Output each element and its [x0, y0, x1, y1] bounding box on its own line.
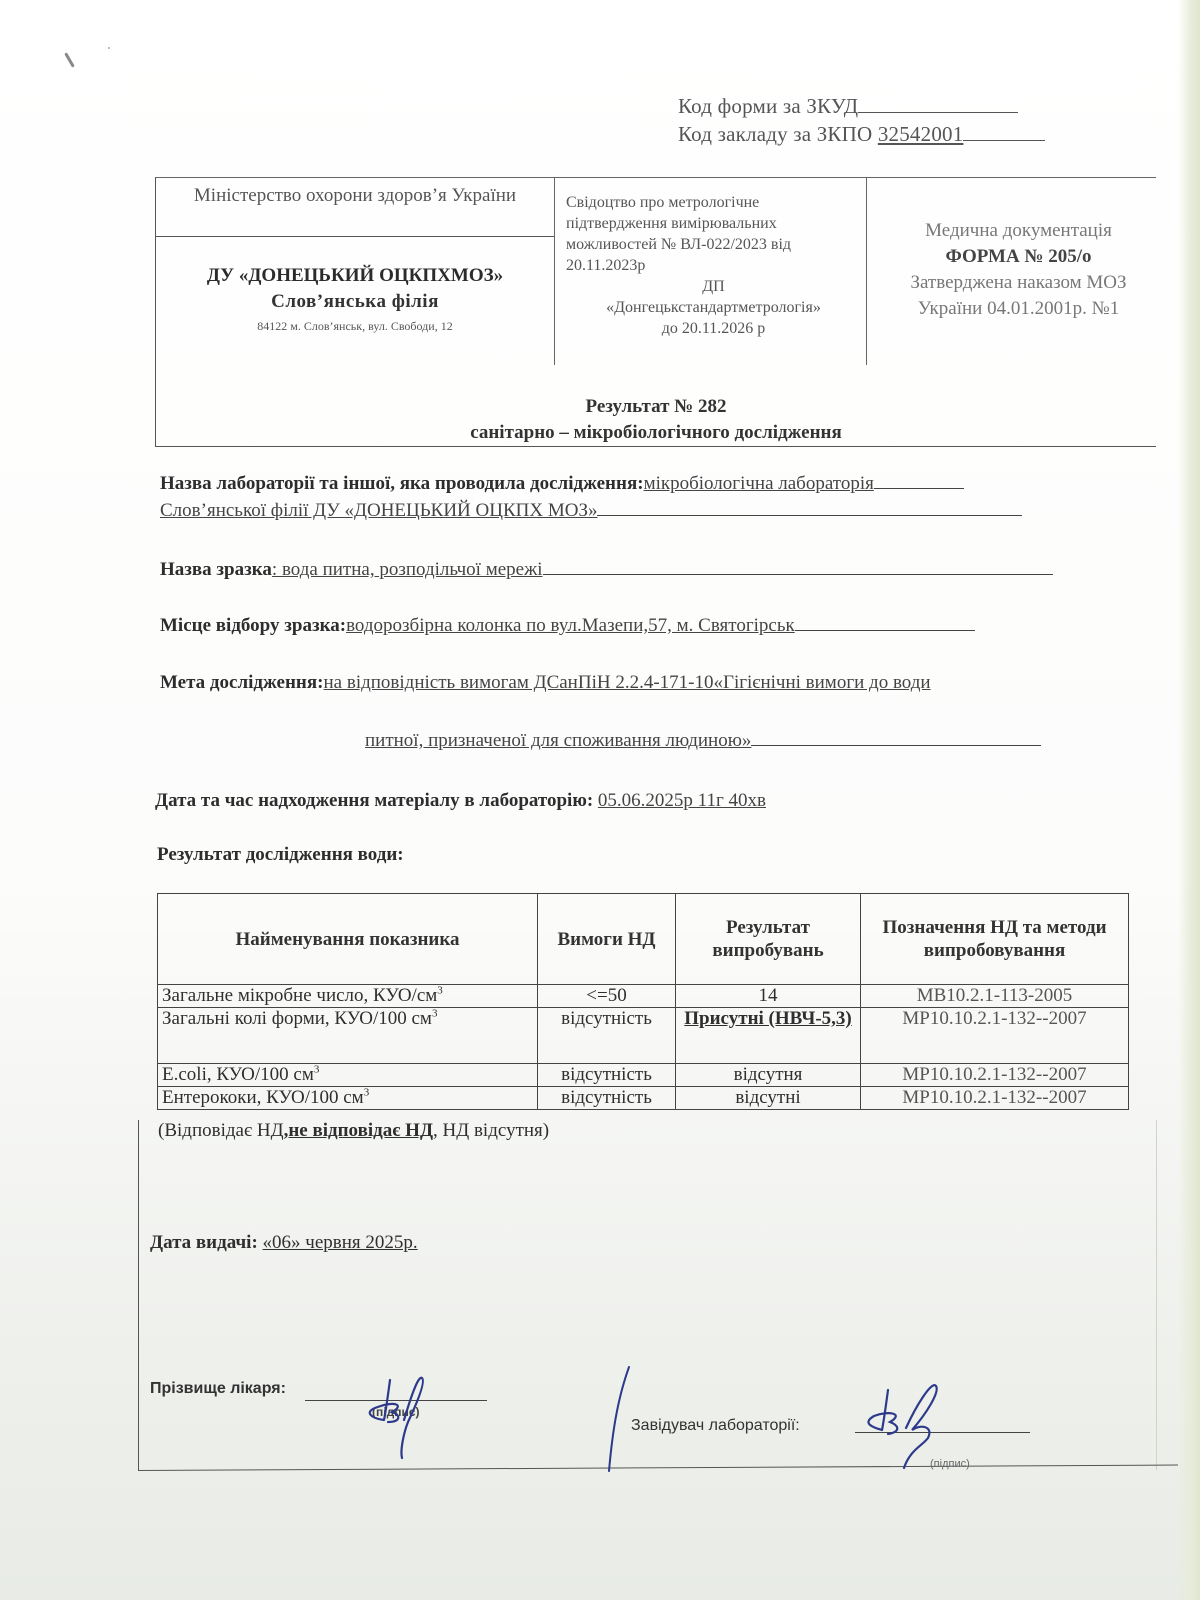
table-row: Ентерококи, КУО/100 см3 відсутність відс… — [158, 1087, 1129, 1110]
arrival-value: 05.06.2025р 11г 40хв — [598, 790, 766, 811]
issue-date-value: «06» червня 2025р. — [263, 1232, 418, 1253]
compliance-open: (Відповідає НД — [158, 1120, 284, 1141]
purpose-field: Мета дослідження:на відповідність вимога… — [160, 670, 1160, 696]
zkpo-value: 32542001 — [878, 122, 964, 146]
table-row: Загальне мікробне число, КУО/см3 <=50 14… — [158, 985, 1129, 1008]
branch-name: Слов’янська філія — [156, 290, 554, 314]
zkud-label: Код форми за ЗКУД — [678, 94, 858, 118]
head-of-lab-signature-icon — [860, 1380, 960, 1470]
col-header-result: Результат випробувань — [676, 894, 861, 985]
indicator-text: Загальні колі форми, КУО/100 см — [162, 1008, 432, 1029]
header-organization-cell: Міністерство охорони здоров’я України ДУ… — [156, 178, 555, 365]
organization-name: ДУ «ДОНЕЦЬКИЙ ОЦКПХМОЗ» — [156, 264, 554, 288]
certificate-valid-until: до 20.11.2026 р — [566, 318, 861, 339]
frame-right-line — [1156, 1120, 1157, 1470]
purpose-value-1: на відповідність вимогам ДСанПіН 2.2.4-1… — [324, 672, 931, 693]
ministry-name: Міністерство охорони здоров’я України — [156, 183, 554, 208]
col-header-indicator: Найменування показника — [158, 894, 538, 985]
form-meta: Медична документація ФОРМА № 205/о Затве… — [866, 218, 1171, 322]
doctor-signature-label: Прізвище лікаря: — [150, 1380, 286, 1398]
fill-line — [751, 727, 1041, 746]
laboratory-field: Назва лабораторії та іншої, яка проводил… — [160, 470, 1160, 524]
result-subtitle: санітарно – мікробіологічного дослідженн… — [156, 422, 1156, 444]
fill-line — [597, 497, 1022, 516]
indicator-name: Ентерококи, КУО/100 см3 — [158, 1087, 538, 1110]
col-header-requirement: Вимоги НД — [538, 894, 676, 985]
results-table: Найменування показника Вимоги НД Результ… — [157, 893, 1129, 1110]
organization-address: 84122 м. Слов’янськ, вул. Свободи, 12 — [156, 318, 554, 334]
head-of-lab-signature-label: Завідувач лабораторії: — [631, 1417, 800, 1435]
certificate-issuer-name: «Донгецькстандартметрологія» — [566, 297, 861, 318]
compliance-statement: (Відповідає НД,не відповідає НД, НД відс… — [158, 1120, 549, 1142]
sample-label: Назва зразка — [160, 559, 272, 580]
fill-line — [795, 612, 975, 631]
arrival-field: Дата та час надходження матеріалу в лабо… — [155, 788, 1155, 814]
approved-order: України 04.01.2001р. №1 — [866, 296, 1171, 322]
purpose-field-continued: питної, призначеної для споживання людин… — [365, 727, 1165, 754]
zkpo-blank — [963, 120, 1045, 141]
indicator-name: Загальне мікробне число, КУО/см3 — [158, 985, 538, 1008]
zkpo-line: Код закладу за ЗКПО 32542001 — [678, 120, 1045, 148]
sampling-place-value: водорозбірна колонка по вул.Мазепи,57, м… — [346, 615, 795, 636]
approved-by: Затверджена наказом МОЗ — [866, 270, 1171, 296]
results-heading: Результат дослідження води: — [157, 842, 1157, 868]
result-value: відсутні — [676, 1087, 861, 1110]
laboratory-value-2: Слов’янської філії ДУ «ДОНЕЦЬКИЙ ОЦКПХ М… — [160, 500, 597, 521]
scan-dot — [108, 47, 110, 49]
form-number: ФОРМА № 205/о — [866, 244, 1171, 270]
result-title-block: Результат № 282 санітарно – мікробіологі… — [155, 364, 1156, 447]
method-value: МР10.10.2.1-132--2007 — [861, 1064, 1129, 1087]
requirement-value: відсутність — [538, 1008, 676, 1064]
result-value-flagged: Присутні (НВЧ-5,3) — [676, 1008, 861, 1064]
col-header-method: Позначення НД та методи випробовування — [861, 894, 1129, 985]
compliance-selected: ,не відповідає НД — [284, 1120, 433, 1141]
result-value: 14 — [676, 985, 861, 1008]
issue-date: Дата видачі: «06» червня 2025р. — [150, 1232, 418, 1254]
unit-superscript: 3 — [437, 985, 443, 997]
unit-superscript: 3 — [364, 1087, 370, 1099]
purpose-label: Мета дослідження: — [160, 672, 324, 693]
requirement-value: відсутність — [538, 1064, 676, 1087]
sampling-place-field: Місце відбору зразка:водорозбірна колонк… — [160, 612, 1160, 639]
indicator-name: Загальні колі форми, КУО/100 см3 — [158, 1008, 538, 1064]
results-heading-text: Результат дослідження води: — [157, 844, 404, 865]
indicator-text: Загальне мікробне число, КУО/см — [162, 985, 437, 1006]
compliance-close: , НД відсутня) — [433, 1120, 549, 1141]
indicator-text: E.coli, КУО/100 см — [162, 1064, 314, 1085]
indicator-text: Ентерококи, КУО/100 см — [162, 1087, 364, 1108]
frame-left-line — [138, 1120, 139, 1470]
indicator-name: E.coli, КУО/100 см3 — [158, 1064, 538, 1087]
doctor-signature-icon — [360, 1370, 440, 1460]
form-codes: Код форми за ЗКУД Код закладу за ЗКПО 32… — [678, 92, 1045, 148]
method-value: МР10.10.2.1-132--2007 — [861, 1087, 1129, 1110]
header-certificate-cell: Свідоцтво про метрологічне підтвердження… — [554, 178, 867, 365]
certificate-description: Свідоцтво про метрологічне підтвердження… — [566, 194, 791, 274]
sample-name-field: Назва зразка: вода питна, розподільчої м… — [160, 556, 1160, 583]
paper-edge-shadow — [1178, 0, 1200, 1600]
sampling-place-label: Місце відбору зразка: — [160, 615, 346, 636]
document-header: Міністерство охорони здоров’я України ДУ… — [155, 177, 1156, 365]
zkpo-label: Код закладу за ЗКПО — [678, 122, 872, 146]
header-form-cell: Медична документація ФОРМА № 205/о Затве… — [866, 178, 1166, 365]
result-value: відсутня — [676, 1064, 861, 1087]
fill-line — [874, 470, 964, 489]
method-value: МР10.10.2.1-132--2007 — [861, 1008, 1129, 1064]
laboratory-value-1: мікробіологічна лабораторія — [644, 473, 874, 494]
fill-line — [543, 556, 1053, 575]
purpose-value-2: питної, призначеної для споживання людин… — [365, 730, 751, 751]
requirement-value: відсутність — [538, 1087, 676, 1110]
zkud-blank — [858, 92, 1018, 113]
zkud-line: Код форми за ЗКУД — [678, 92, 1045, 120]
unit-superscript: 3 — [432, 1008, 438, 1020]
arrival-label: Дата та час надходження матеріалу в лабо… — [155, 790, 598, 811]
laboratory-label: Назва лабораторії та іншої, яка проводил… — [160, 473, 644, 494]
certificate-issuer-type: ДП — [566, 276, 861, 297]
table-row: E.coli, КУО/100 см3 відсутність відсутня… — [158, 1064, 1129, 1087]
header-divider — [156, 236, 554, 237]
result-number-title: Результат № 282 — [156, 396, 1156, 418]
medical-documentation-label: Медична документація — [866, 218, 1171, 244]
sample-value: : вода питна, розподільчої мережі — [272, 559, 543, 580]
unit-superscript: 3 — [314, 1064, 320, 1076]
method-value: МВ10.2.1-113-2005 — [861, 985, 1129, 1008]
table-header-row: Найменування показника Вимоги НД Результ… — [158, 894, 1129, 985]
table-row: Загальні колі форми, КУО/100 см3 відсутн… — [158, 1008, 1129, 1064]
requirement-value: <=50 — [538, 985, 676, 1008]
certificate-text: Свідоцтво про метрологічне підтвердження… — [566, 192, 861, 339]
issue-date-label: Дата видачі: — [150, 1232, 263, 1253]
